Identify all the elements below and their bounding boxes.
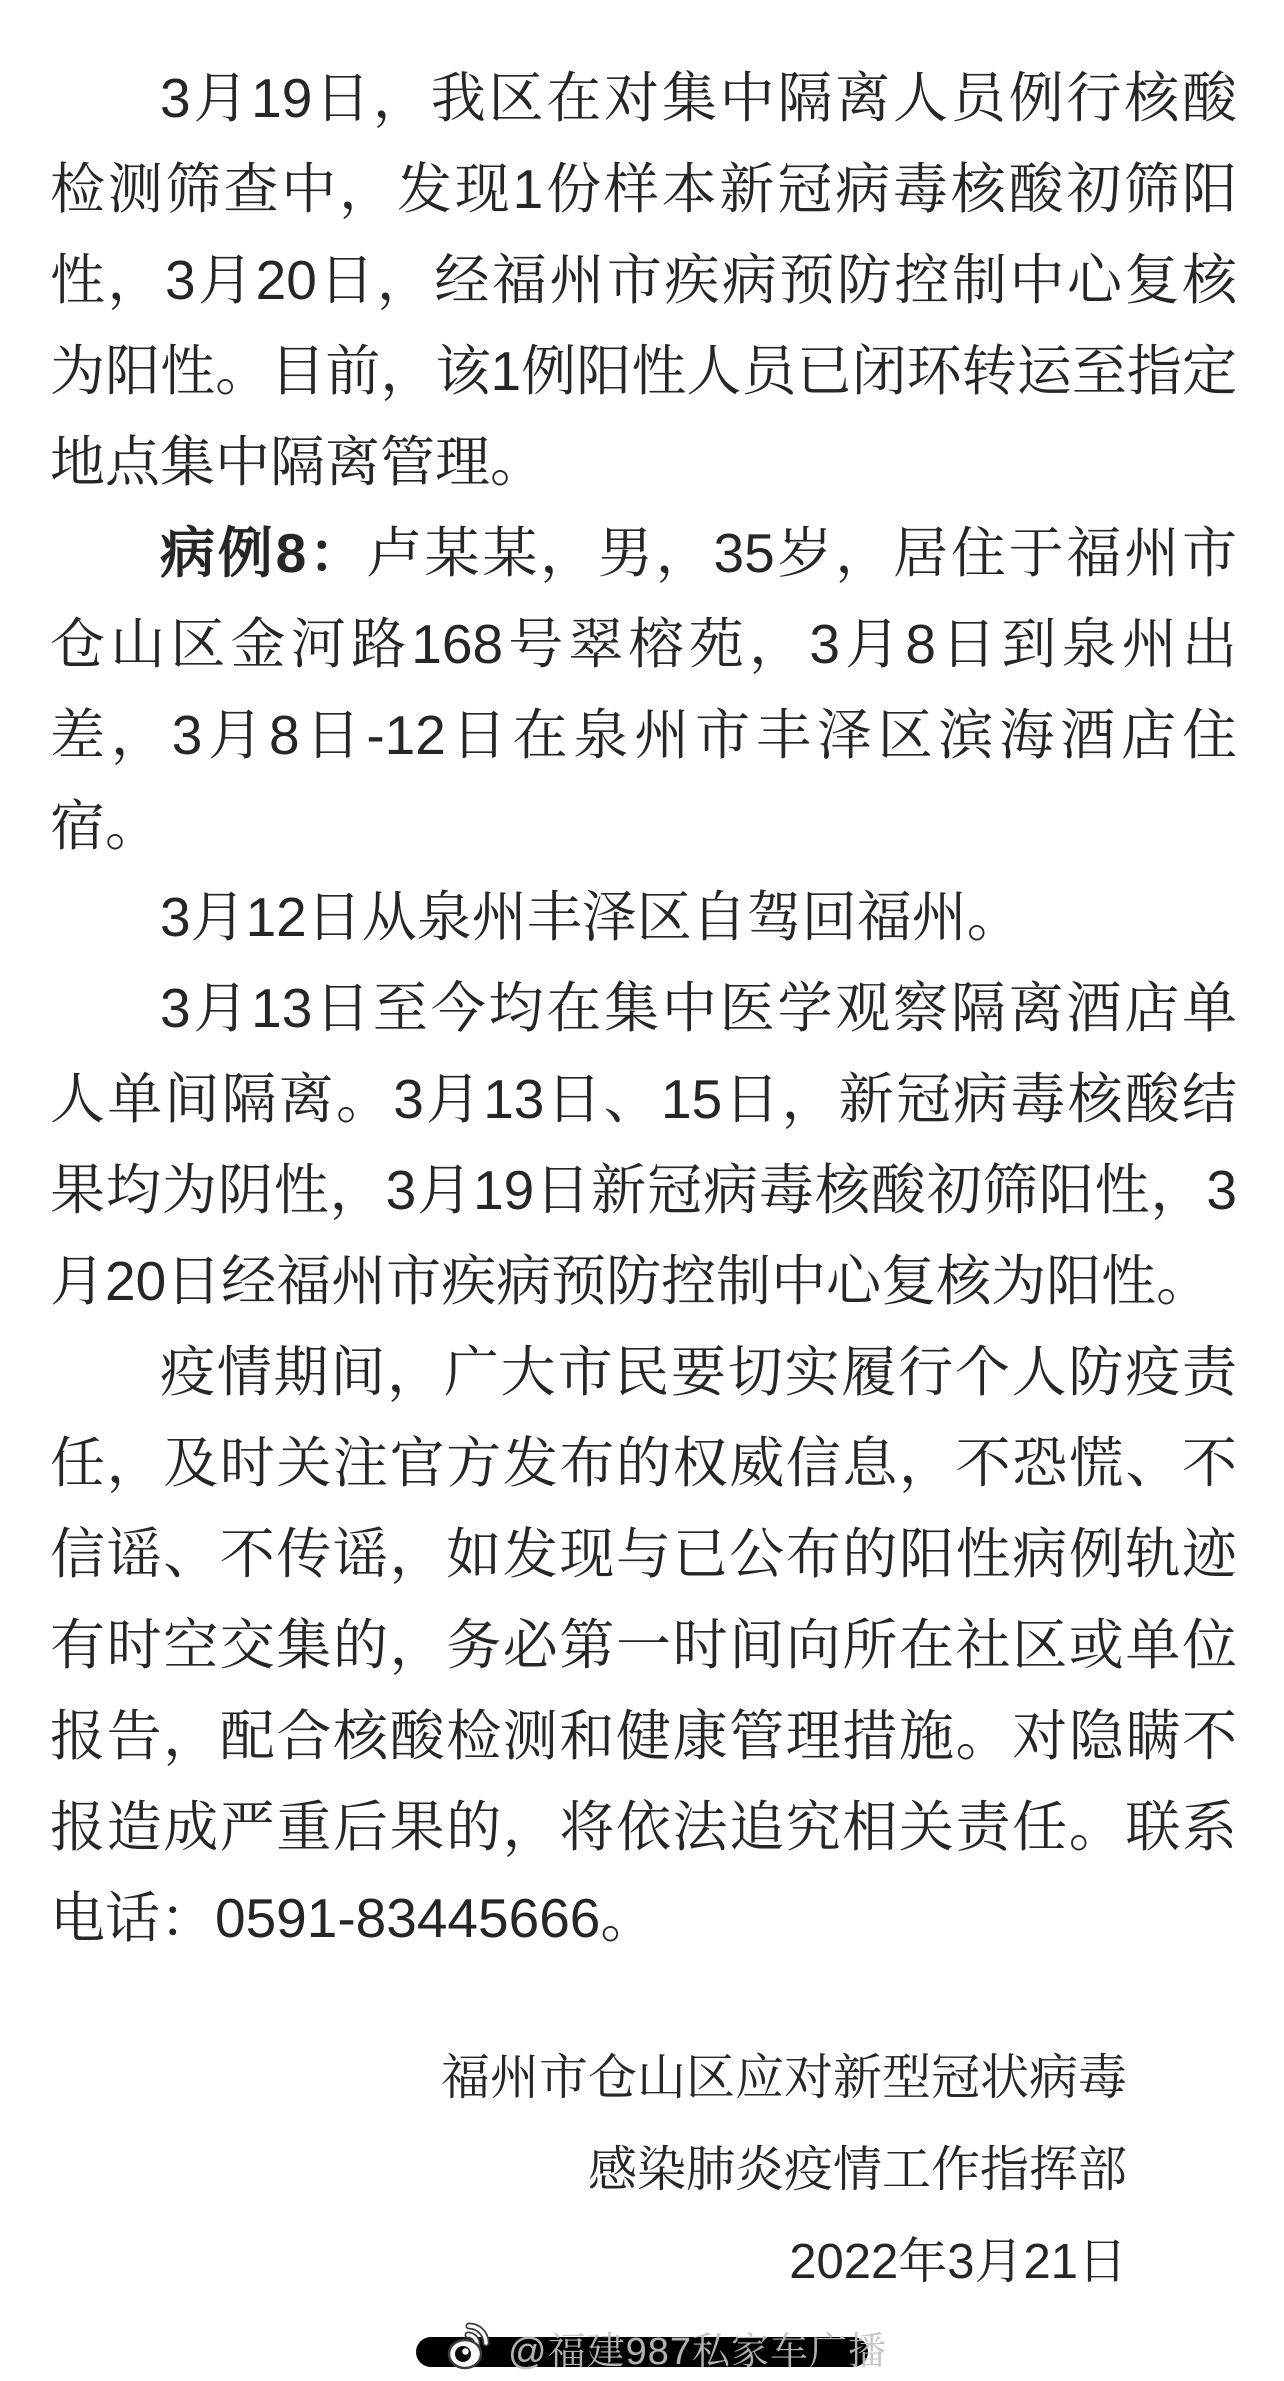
text-line: 地点集中隔离管理。 (50, 417, 1237, 508)
weibo-watermark: @福建987私家车广播 (416, 2337, 868, 2367)
weibo-logo-icon (446, 2320, 498, 2372)
para-public-notice: 疫情期间，广大市民要切实履行个人防疫责任，及时关注官方发布的权威信息，不恐慌、不… (50, 1327, 1237, 1964)
signature-org-line-1: 福州市仓山区应对新型冠状病毒 (50, 2032, 1127, 2124)
case-number-label: 病例8： (160, 522, 367, 584)
text-line: 果均为阴性，3月19日新冠病毒核酸初筛阳性，3 (50, 1145, 1237, 1236)
text-line: 有时空交集的，务必第一时间向所在社区或单位 (50, 1600, 1237, 1691)
text-line: 报造成严重后果的，将依法追究相关责任。联系 (50, 1782, 1237, 1873)
text-line: 为阳性。目前，该1例阳性人员已闭环转运至指定 (50, 326, 1237, 417)
text-line: 信谣、不传谣，如发现与已公布的阳性病例轨迹 (50, 1509, 1237, 1600)
text-line: 人单间隔离。3月13日、15日，新冠病毒核酸结 (50, 1054, 1237, 1145)
text-line: 3月19日，我区在对集中隔离人员例行核酸 (50, 53, 1237, 144)
text-line: 任，及时关注官方发布的权威信息，不恐慌、不 (50, 1418, 1237, 1509)
text-line: 疫情期间，广大市民要切实履行个人防疫责 (50, 1327, 1237, 1418)
announcement-body: 3月19日，我区在对集中隔离人员例行核酸检测筛查中，发现1份样本新冠病毒核酸初筛… (50, 53, 1237, 1964)
text-line: 电话：0591-83445666。 (50, 1873, 1237, 1964)
text-line: 3月13日至今均在集中医学观察隔离酒店单 (50, 963, 1237, 1054)
para-initial-screening: 3月19日，我区在对集中隔离人员例行核酸检测筛查中，发现1份样本新冠病毒核酸初筛… (50, 53, 1237, 508)
text-line: 病例8：卢某某，男，35岁，居住于福州市 (50, 508, 1237, 599)
text-line: 报告，配合核酸检测和健康管理措施。对隐瞒不 (50, 1691, 1237, 1782)
signature-org-line-2: 感染肺炎疫情工作指挥部 (50, 2124, 1127, 2216)
para-return-trip: 3月12日从泉州丰泽区自驾回福州。 (50, 872, 1237, 963)
text-line: 差，3月8日-12日在泉州市丰泽区滨海酒店住 (50, 690, 1237, 781)
text-line: 仓山区金河路168号翠榕苑，3月8日到泉州出 (50, 599, 1237, 690)
watermark-handle: @福建987私家车广播 (508, 2333, 887, 2371)
para-case-8: 病例8：卢某某，男，35岁，居住于福州市仓山区金河路168号翠榕苑，3月8日到泉… (50, 508, 1237, 872)
signature-block: 福州市仓山区应对新型冠状病毒 感染肺炎疫情工作指挥部 2022年3月21日 (50, 2032, 1237, 2308)
announcement-page: 3月19日，我区在对集中隔离人员例行核酸检测筛查中，发现1份样本新冠病毒核酸初筛… (0, 0, 1284, 2381)
para-quarantine-tests: 3月13日至今均在集中医学观察隔离酒店单人单间隔离。3月13日、15日，新冠病毒… (50, 963, 1237, 1327)
text-line: 月20日经福州市疾病预防控制中心复核为阳性。 (50, 1236, 1237, 1327)
text-line: 宿。 (50, 781, 1237, 872)
signature-date: 2022年3月21日 (50, 2216, 1127, 2308)
text-line: 性，3月20日，经福州市疾病预防控制中心复核 (50, 235, 1237, 326)
text-line: 检测筛查中，发现1份样本新冠病毒核酸初筛阳 (50, 144, 1237, 235)
text-line: 3月12日从泉州丰泽区自驾回福州。 (50, 872, 1237, 963)
